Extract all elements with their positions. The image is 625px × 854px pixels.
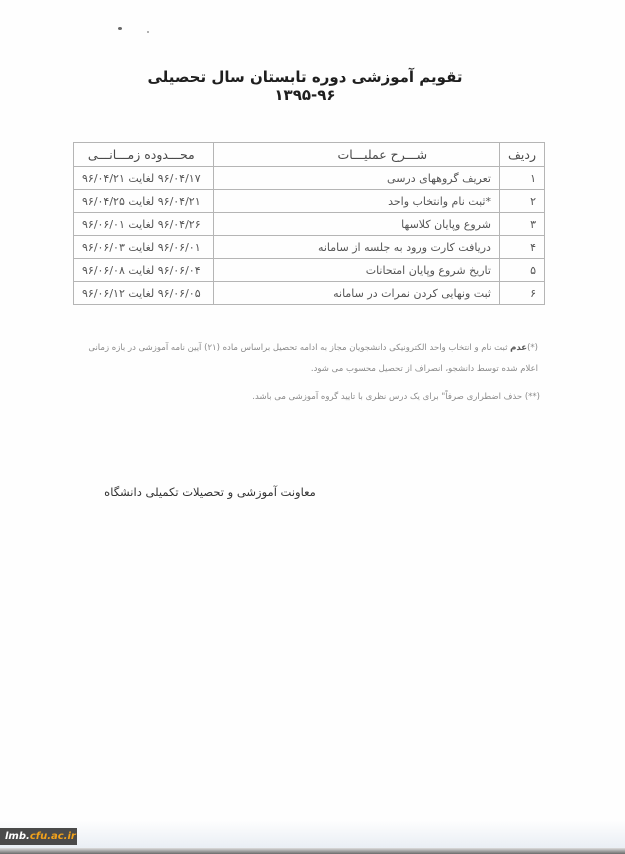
row-date-range: ۹۶/۰۴/۱۷ لغایت ۹۶/۰۴/۲۱	[74, 167, 214, 190]
row-date-range: ۹۶/۰۶/۰۵ لغایت ۹۶/۰۶/۱۲	[74, 282, 214, 305]
table-row: ۵ تاریخ شروع وپایان امتحانات ۹۶/۰۶/۰۴ لغ…	[74, 259, 545, 282]
row-date-range: ۹۶/۰۶/۰۴ لغایت ۹۶/۰۶/۰۸	[74, 259, 214, 282]
watermark-prefix: lmb.	[5, 831, 30, 842]
row-index: ۶	[499, 282, 544, 305]
table-row: ۶ ثبت ونهایی کردن نمرات در سامانه ۹۶/۰۶/…	[74, 282, 545, 305]
row-index: ۱	[499, 167, 544, 190]
header-date-range: محـــدوده زمـــانـــی	[74, 143, 214, 167]
row-index: ۵	[499, 259, 544, 282]
row-description: ثبت ونهایی کردن نمرات در سامانه	[213, 282, 499, 305]
scan-speck	[118, 27, 122, 30]
row-description: تعریف گروههای درسی	[213, 167, 499, 190]
summer-calendar-table: ردیف شـــرح عملیـــات محـــدوده زمـــانـ…	[73, 142, 545, 305]
table-row: ۱ تعریف گروههای درسی ۹۶/۰۴/۱۷ لغایت ۹۶/۰…	[74, 167, 545, 190]
footnote-registration: (*)عدم ثبت نام و انتخاب واحد الکترونیکی …	[78, 338, 538, 380]
row-description: شروع وپایان کلاسها	[213, 213, 499, 236]
scan-speck	[147, 31, 149, 33]
scan-edge	[0, 848, 625, 854]
row-index: ۴	[499, 236, 544, 259]
header-index: ردیف	[499, 143, 544, 167]
header-description: شـــرح عملیـــات	[213, 143, 499, 167]
row-description: *ثبت نام وانتخاب واحد	[213, 190, 499, 213]
footnote-marker: (*)	[527, 343, 538, 353]
row-date-range: ۹۶/۰۴/۲۱ لغایت ۹۶/۰۴/۲۵	[74, 190, 214, 213]
watermark-domain: cfu.ac.ir	[30, 831, 76, 842]
row-date-range: ۹۶/۰۶/۰۱ لغایت ۹۶/۰۶/۰۳	[74, 236, 214, 259]
table-row: ۲ *ثبت نام وانتخاب واحد ۹۶/۰۴/۲۱ لغایت ۹…	[74, 190, 545, 213]
footnote-bold-word: عدم	[510, 343, 527, 353]
footnote-emergency-drop: (**) حذف اضطراری صرفاً" برای یک درس نظری…	[220, 392, 540, 402]
row-index: ۲	[499, 190, 544, 213]
table-row: ۴ دریافت کارت ورود به جلسه از سامانه ۹۶/…	[74, 236, 545, 259]
table-header-row: ردیف شـــرح عملیـــات محـــدوده زمـــانـ…	[74, 143, 545, 167]
site-watermark: lmb.cfu.ac.ir	[0, 828, 77, 845]
row-index: ۳	[499, 213, 544, 236]
document-title: تقویم آموزشی دوره تابستان سال تحصیلی ۹۶-…	[140, 68, 470, 104]
scan-tint	[0, 820, 625, 848]
signature-office: معاونت آموزشی و تحصیلات تکمیلی دانشگاه	[90, 485, 330, 499]
footnote-text: ثبت نام و انتخاب واحد الکترونیکی دانشجوی…	[88, 343, 538, 374]
row-description: دریافت کارت ورود به جلسه از سامانه	[213, 236, 499, 259]
row-description: تاریخ شروع وپایان امتحانات	[213, 259, 499, 282]
table-row: ۳ شروع وپایان کلاسها ۹۶/۰۴/۲۶ لغایت ۹۶/۰…	[74, 213, 545, 236]
scanned-page: تقویم آموزشی دوره تابستان سال تحصیلی ۹۶-…	[0, 0, 625, 854]
row-date-range: ۹۶/۰۴/۲۶ لغایت ۹۶/۰۶/۰۱	[74, 213, 214, 236]
